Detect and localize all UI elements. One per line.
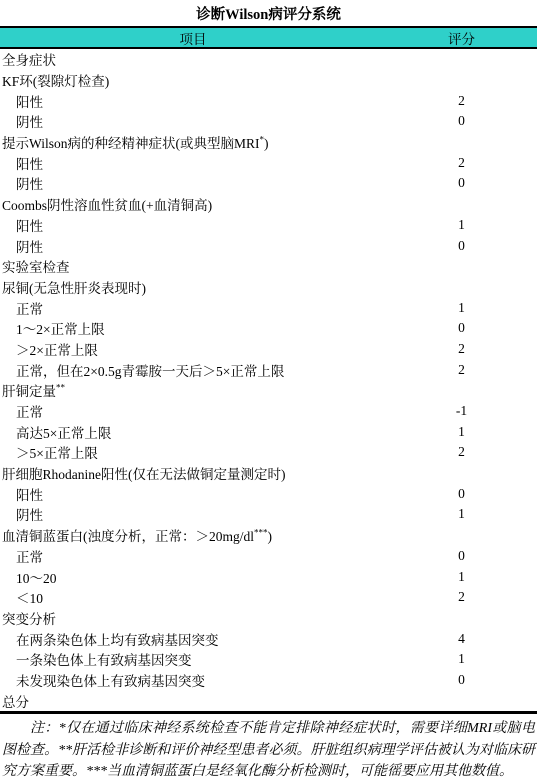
row-label: 未发现染色体上有致病基因突变 <box>16 674 205 689</box>
row-score: 2 <box>386 444 537 460</box>
row-item-cell: 正常 <box>0 401 386 421</box>
row-label: 阴性 <box>16 240 43 255</box>
table-row: 一条染色体上有致病基因突变 1 <box>0 649 537 670</box>
row-label: 肝铜定量 <box>2 384 56 399</box>
table-row: 正常 -1 <box>0 401 537 422</box>
table-row: 正常，但在2×0.5g青霉胺一天后＞5×正常上限 2 <box>0 359 537 380</box>
row-label: 在两条染色体上均有致病基因突变 <box>16 633 219 648</box>
table-row: 阴性 1 <box>0 504 537 525</box>
row-item-cell: 阳性 <box>0 91 386 111</box>
row-score: 2 <box>386 362 537 378</box>
row-item-cell: 尿铜(无急性肝炎表现时) <box>0 277 386 297</box>
row-score: 2 <box>386 155 537 171</box>
row-item-cell: 10～20 <box>0 567 386 587</box>
row-label: 全身症状 <box>2 53 56 68</box>
row-item-cell: 肝细胞Rhodanine阳性(仅在无法做铜定量测定时) <box>0 463 386 483</box>
row-item-cell: 实验室检查 <box>0 256 386 276</box>
page-title: 诊断Wilson病评分系统 <box>0 4 537 26</box>
table-header-row: 项目 评分 <box>0 26 537 49</box>
row-item-cell: 全身症状 <box>0 49 386 69</box>
row-item-cell: Coombs阴性溶血性贫血(+血清铜高) <box>0 194 386 214</box>
row-score: 2 <box>386 341 537 357</box>
row-label: 阳性 <box>16 95 43 110</box>
row-label: 高达5×正常上限 <box>16 426 111 441</box>
table-row: 高达5×正常上限 1 <box>0 421 537 442</box>
row-score: 2 <box>386 93 537 109</box>
row-label: KF环(裂隙灯检查) <box>2 74 109 89</box>
row-item-cell: 阳性 <box>0 484 386 504</box>
row-item-cell: 阳性 <box>0 153 386 173</box>
row-label: 实验室检查 <box>2 260 70 275</box>
row-label: Coombs阴性溶血性贫血(+血清铜高) <box>2 198 212 213</box>
score-table: 项目 评分 全身症状 KF环(裂隙灯检查) 阳性 2 阴性 0 提示Wilson… <box>0 26 537 714</box>
row-item-cell: ＞2×正常上限 <box>0 339 386 359</box>
table-row: 正常 0 <box>0 546 537 567</box>
row-label: 尿铜(无急性肝炎表现时) <box>2 281 146 296</box>
table-row: 实验室检查 <box>0 256 537 277</box>
row-score: 0 <box>386 113 537 129</box>
row-label: 10～20 <box>16 571 57 586</box>
row-label: 正常 <box>16 550 43 565</box>
table-row: 阳性 1 <box>0 215 537 236</box>
table-row: 阳性 2 <box>0 90 537 111</box>
row-score: 0 <box>386 238 537 254</box>
row-label: 提示Wilson病的种经精神症状(或典型脑MRI <box>2 136 259 151</box>
row-item-cell: 正常 <box>0 298 386 318</box>
row-label: 1～2×正常上限 <box>16 322 105 337</box>
row-item-cell: 阳性 <box>0 215 386 235</box>
row-item-cell: 血清铜蓝蛋白(浊度分析，正常：＞20mg/dl***) <box>0 525 386 545</box>
table-row: 突变分析 <box>0 608 537 629</box>
row-item-cell: 正常，但在2×0.5g青霉胺一天后＞5×正常上限 <box>0 360 386 380</box>
table-row: KF环(裂隙灯检查) <box>0 70 537 91</box>
row-score: 2 <box>386 589 537 605</box>
row-item-cell: KF环(裂隙灯检查) <box>0 70 386 90</box>
table-row: 阴性 0 <box>0 173 537 194</box>
table-row: 1～2×正常上限 0 <box>0 318 537 339</box>
row-label: ＞5×正常上限 <box>16 446 98 461</box>
table-row: ＞5×正常上限 2 <box>0 442 537 463</box>
row-label: 正常 <box>16 302 43 317</box>
row-item-cell: 突变分析 <box>0 608 386 628</box>
table-body: 全身症状 KF环(裂隙灯检查) 阳性 2 阴性 0 提示Wilson病的种经精神… <box>0 49 537 714</box>
row-label: 正常 <box>16 405 43 420</box>
row-item-cell: 阴性 <box>0 236 386 256</box>
row-label: 总分 <box>2 695 29 710</box>
table-row: 10～20 1 <box>0 566 537 587</box>
row-item-cell: 高达5×正常上限 <box>0 422 386 442</box>
table-row: 阳性 2 <box>0 152 537 173</box>
row-item-cell: 阴性 <box>0 504 386 524</box>
row-item-cell: 未发现染色体上有致病基因突变 <box>0 670 386 690</box>
table-row: Coombs阴性溶血性贫血(+血清铜高) <box>0 194 537 215</box>
footnote-text: 注：*仅在通过临床神经系统检查不能肯定排除神经症状时，需要详细MRI或脑电图检查… <box>0 718 537 781</box>
row-label: 正常，但在2×0.5g青霉胺一天后＞5×正常上限 <box>16 364 284 379</box>
row-label: 阴性 <box>16 115 43 130</box>
row-label: ＞2×正常上限 <box>16 343 98 358</box>
row-item-cell: 肝铜定量** <box>0 380 386 400</box>
table-row: 提示Wilson病的种经精神症状(或典型脑MRI*) <box>0 132 537 153</box>
row-score: 1 <box>386 217 537 233</box>
footnote-marker: *** <box>254 528 268 538</box>
table-row: 在两条染色体上均有致病基因突变 4 <box>0 628 537 649</box>
row-score: 4 <box>386 631 537 647</box>
table-row: 血清铜蓝蛋白(浊度分析，正常：＞20mg/dl***) <box>0 525 537 546</box>
row-label: 肝细胞Rhodanine阳性(仅在无法做铜定量测定时) <box>2 467 285 482</box>
table-row: 阴性 0 <box>0 111 537 132</box>
row-score: 1 <box>386 300 537 316</box>
wilson-score-document: 诊断Wilson病评分系统 项目 评分 全身症状 KF环(裂隙灯检查) 阳性 2… <box>0 4 537 781</box>
row-item-cell: ＞5×正常上限 <box>0 442 386 462</box>
table-row: 尿铜(无急性肝炎表现时) <box>0 277 537 298</box>
table-row: 全身症状 <box>0 49 537 70</box>
row-label: 阴性 <box>16 508 43 523</box>
row-label: 阳性 <box>16 157 43 172</box>
row-score: 0 <box>386 320 537 336</box>
row-item-cell: 阴性 <box>0 173 386 193</box>
table-row: 总分 <box>0 690 537 711</box>
table-header-score-column: 评分 <box>386 28 537 48</box>
table-row: ＞2×正常上限 2 <box>0 339 537 360</box>
row-score: 1 <box>386 424 537 440</box>
row-label: 阴性 <box>16 177 43 192</box>
row-item-cell: 1～2×正常上限 <box>0 318 386 338</box>
table-row: 肝铜定量** <box>0 380 537 401</box>
row-score: 1 <box>386 651 537 667</box>
row-item-cell: 一条染色体上有致病基因突变 <box>0 649 386 669</box>
row-item-cell: 阴性 <box>0 111 386 131</box>
row-label: 一条染色体上有致病基因突变 <box>16 653 192 668</box>
footnote-marker: ** <box>56 383 65 393</box>
row-item-cell: 在两条染色体上均有致病基因突变 <box>0 629 386 649</box>
row-score: 1 <box>386 569 537 585</box>
row-label: 阳性 <box>16 488 43 503</box>
row-label-suffix: ) <box>268 529 273 544</box>
row-label-suffix: ) <box>264 136 269 151</box>
table-row: 肝细胞Rhodanine阳性(仅在无法做铜定量测定时) <box>0 463 537 484</box>
table-row: 未发现染色体上有致病基因突变 0 <box>0 670 537 691</box>
row-item-cell: ＜10 <box>0 587 386 607</box>
row-item-cell: 总分 <box>0 691 386 711</box>
row-score: 1 <box>386 506 537 522</box>
table-row: ＜10 2 <box>0 587 537 608</box>
row-label: 血清铜蓝蛋白(浊度分析，正常：＞20mg/dl <box>2 529 254 544</box>
table-row: 阴性 0 <box>0 235 537 256</box>
row-score: 0 <box>386 486 537 502</box>
row-score: 0 <box>386 672 537 688</box>
row-item-cell: 提示Wilson病的种经精神症状(或典型脑MRI*) <box>0 132 386 152</box>
row-label: 阳性 <box>16 219 43 234</box>
row-label: ＜10 <box>16 591 43 606</box>
row-score: 0 <box>386 175 537 191</box>
table-row: 阳性 0 <box>0 483 537 504</box>
table-header-item-column: 项目 <box>0 28 386 48</box>
table-row: 正常 1 <box>0 297 537 318</box>
row-score: -1 <box>386 403 537 419</box>
row-item-cell: 正常 <box>0 546 386 566</box>
row-score: 0 <box>386 548 537 564</box>
row-label: 突变分析 <box>2 612 56 627</box>
